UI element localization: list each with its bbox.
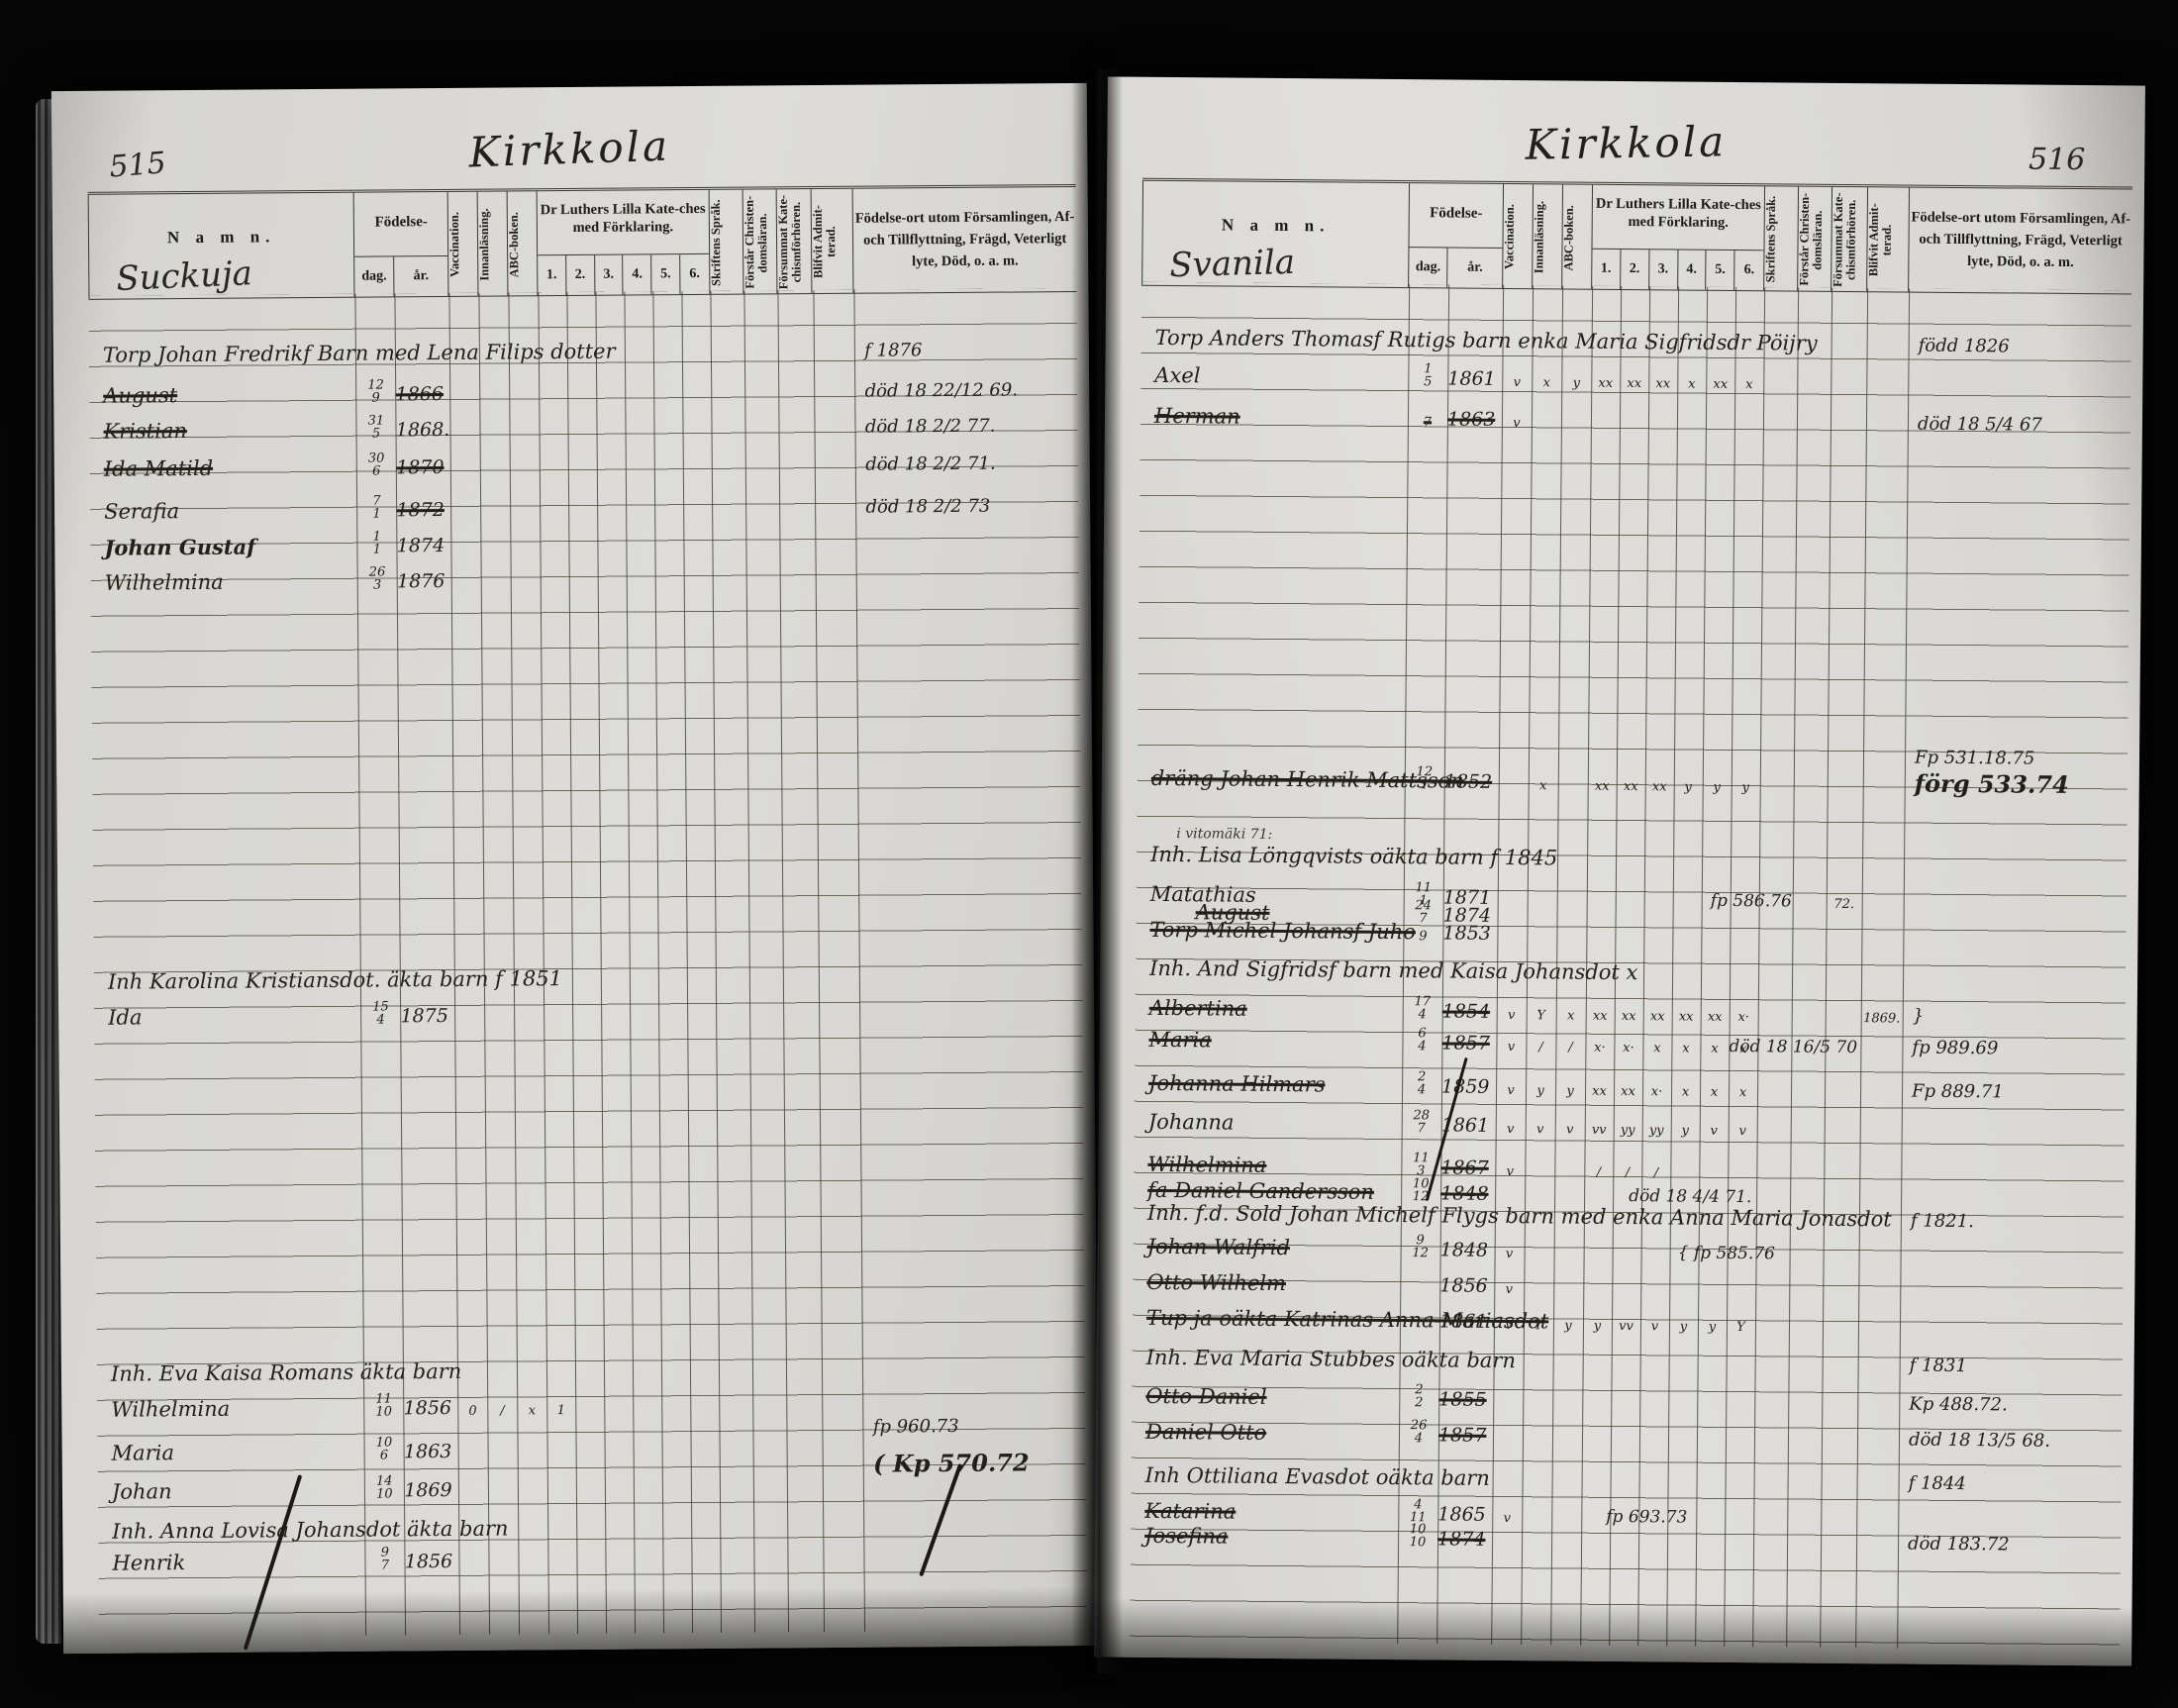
inline-note: fp 693.73 <box>1606 1507 1687 1528</box>
register-row: Johanna Hilmars241859vyyxxxxx·xxxFp 889.… <box>1135 1061 2125 1106</box>
inline-note: död 18 4/4 71. <box>1629 1186 1751 1207</box>
name-cell: Axel <box>1140 365 1408 391</box>
k2-cell <box>572 1025 601 1028</box>
sk-cell <box>1757 1099 1791 1102</box>
col-dag-label: dag. <box>1409 248 1448 287</box>
day-cell: 264 <box>1399 1419 1438 1448</box>
note-cell: Fp 889.71 <box>1902 1082 2125 1105</box>
name-cell: Johanna Hilmars <box>1135 1073 1402 1099</box>
note-cell: född 1826 <box>1909 338 2131 360</box>
day-part: 7 <box>381 1559 389 1571</box>
k5-cell <box>653 361 682 364</box>
k3-cell <box>597 476 626 479</box>
bl-cell <box>1858 1335 1900 1338</box>
k1-cell: vv <box>1585 1124 1614 1140</box>
sk-cell <box>1763 391 1797 394</box>
fo-cell <box>1794 795 1828 798</box>
col-kateches: Dr Luthers Lilla Kate-ches med Förklarin… <box>538 190 710 295</box>
table-body-right: Torp Anders Thomasf Rutigs barn enka Mar… <box>1130 282 2131 1651</box>
va-cell <box>459 1571 489 1574</box>
yr-cell: 1875 <box>400 1007 454 1029</box>
name-cell: Inh. Eva Kaisa Romans äkta barn <box>97 1362 364 1388</box>
yr-cell: 1861 <box>1447 369 1502 391</box>
va-cell <box>1497 944 1527 947</box>
day-cell: 24 <box>1402 1070 1441 1099</box>
col-kateches-numbers: 1. 2. 3. 4. 5. 6. <box>1592 249 1763 291</box>
col-abc-boken: ABC-boken. <box>1562 184 1593 288</box>
k3-cell <box>605 1499 634 1502</box>
in-cell: y <box>1526 1084 1555 1100</box>
k6-cell: v <box>1729 1125 1757 1141</box>
sk-cell <box>1755 1334 1789 1337</box>
fs-cell <box>777 360 813 363</box>
k1-cell <box>1582 1447 1611 1450</box>
in-cell <box>489 1570 519 1573</box>
col-forstar-christendomslaran: Förstår Christen-domsläran. <box>742 189 777 293</box>
va-cell <box>458 1500 488 1503</box>
k5-cell <box>662 1569 691 1572</box>
k5-cell: v <box>1700 1125 1729 1141</box>
note-cell: död 18 13/5 68. <box>1899 1431 2122 1454</box>
bl-cell <box>1863 795 1905 798</box>
k1-cell <box>1586 945 1615 948</box>
col-abc-boken: ABC-boken. <box>508 191 539 295</box>
k4-cell <box>1668 1447 1697 1450</box>
scanned-parish-register-photo: { "columns": { "namn": "N a m n.", "fode… <box>0 0 2178 1708</box>
k4-cell <box>626 475 654 478</box>
bl-cell <box>1860 1100 1902 1103</box>
name-cell: Ida Matild <box>90 457 357 483</box>
bl-cell <box>814 474 855 477</box>
fs-cell <box>1826 947 1861 950</box>
col-forsummat-katechismforhoren: Försummat Kate-chismförhören. <box>776 189 813 293</box>
k1-cell <box>540 439 568 442</box>
k2-cell: x· <box>1614 1042 1642 1057</box>
day-cell: 287 <box>1402 1109 1441 1138</box>
fo-cell <box>1789 1374 1823 1377</box>
in-cell <box>488 1499 518 1502</box>
fo-cell <box>1791 1100 1825 1103</box>
col-forstar-label: Förstår Christen-domsläran. <box>742 193 776 291</box>
yr-cell: 1857 <box>1438 1426 1493 1448</box>
col-forsummat-label: Försummat Kate-chismförhören. <box>776 193 812 291</box>
day-fraction: 11 <box>373 532 381 556</box>
fo-cell <box>744 360 778 363</box>
k4-cell <box>625 361 653 364</box>
k2-cell: vv <box>1612 1320 1640 1336</box>
day-cell: 1410 <box>364 1475 404 1504</box>
fs-cell <box>1821 1553 1856 1556</box>
bl-cell <box>819 1023 860 1026</box>
name-cell: Inh. Anna Lovisa Johansdot äkta barn <box>98 1520 365 1546</box>
in-cell <box>480 440 510 443</box>
register-row: Inh. Eva Maria Stubbes oäkta barnf 1831 <box>1133 1336 2123 1380</box>
kateches-5: 5. <box>1706 251 1734 290</box>
k6-cell <box>1730 984 1758 987</box>
col-fodelse: Födelse- dag. år. <box>354 192 449 297</box>
yr-cell: 1868. <box>396 421 450 443</box>
note-cell <box>1903 986 2126 991</box>
k6-cell <box>691 1498 720 1501</box>
k4-cell: y <box>1674 780 1703 796</box>
k3-cell <box>1648 431 1677 434</box>
in-cell: v <box>1526 1123 1555 1139</box>
k6-cell <box>1731 870 1759 873</box>
col-kateches-label: Dr Luthers Lilla Kate-ches med Förklarin… <box>1593 185 1764 233</box>
va-cell <box>450 440 480 443</box>
k4-cell <box>634 1569 662 1572</box>
page-title-right: Kirkkola <box>1107 110 2145 176</box>
name-cell: Ida <box>94 1006 361 1032</box>
k1-cell: y <box>1583 1320 1612 1336</box>
day-fraction: 97 <box>381 1548 389 1572</box>
note-cell: Kp 488.72. <box>1899 1395 2122 1418</box>
page-shadow <box>63 1586 1099 1654</box>
fs-cell <box>1822 1449 1857 1452</box>
k1-cell: xx <box>1588 780 1617 796</box>
name-cell: Albertina <box>1136 998 1403 1024</box>
ab-cell: y <box>1553 1319 1583 1335</box>
note-cell: f 1831 <box>1900 1356 2123 1379</box>
sk-cell <box>1753 1552 1787 1555</box>
k5-cell <box>1697 1448 1726 1451</box>
k5-cell: x <box>1700 1086 1729 1102</box>
day-cell: 912 <box>1401 1234 1440 1262</box>
fs-cell <box>1828 795 1863 798</box>
k1-cell <box>548 1570 577 1573</box>
fo-cell <box>1788 1449 1822 1452</box>
day-cell: 71 <box>356 495 396 524</box>
k6-cell <box>683 475 712 478</box>
col-skriftens-label: Skriftens Språk. <box>709 194 742 292</box>
day-fraction: 64 <box>1418 1029 1426 1054</box>
bl-cell <box>813 360 854 363</box>
ab-cell <box>1561 430 1591 433</box>
day-cell: 129 <box>356 379 396 408</box>
register-table-right: N a m n. Svanila Födelse- dag. år. Vacci… <box>1130 178 2132 1651</box>
col-abc-boken-label: ABC-boken. <box>508 195 538 293</box>
sk-cell <box>1758 984 1792 987</box>
k3-cell <box>605 1570 634 1573</box>
day-fraction: 22 <box>1415 1385 1423 1410</box>
k5-cell <box>658 1024 687 1027</box>
fo-cell <box>1789 1335 1823 1338</box>
k1-cell <box>547 1499 576 1502</box>
k5-cell <box>653 438 682 441</box>
name-cell: Wilhelmina <box>91 571 358 597</box>
name-cell: Johan <box>98 1480 365 1506</box>
in-cell <box>1523 1446 1552 1449</box>
ab-cell <box>510 476 540 479</box>
in-cell: x <box>1532 376 1561 392</box>
k4-cell <box>634 1498 662 1501</box>
fs-cell <box>1831 392 1866 395</box>
kateches-1: 1. <box>1592 250 1621 289</box>
k6-cell <box>691 1569 720 1572</box>
ab-cell <box>1553 1371 1583 1374</box>
sk-cell <box>1757 1138 1791 1141</box>
name-cell: Otto Wilhelm <box>1133 1272 1400 1298</box>
col-blifvit-admitterad: Blifvit Admit-terad. <box>1867 187 1910 291</box>
va-cell: v <box>1495 1248 1525 1263</box>
fo-cell <box>1787 1553 1821 1556</box>
note-cell: död 18 2/2 73 <box>855 497 1078 520</box>
k6-cell <box>682 438 711 441</box>
ab-cell <box>1551 1550 1581 1553</box>
in-cell <box>480 477 510 480</box>
k5-cell <box>1698 1373 1727 1376</box>
register-row: Axel151861vxyxxxxxxxxxx <box>1140 353 2130 398</box>
note-cell <box>863 1495 1086 1500</box>
register-row: Herman71863vdöd 18 5/4 67 <box>1140 394 2130 439</box>
col-skriftens-label: Skriftens Språk. <box>1764 190 1798 288</box>
va-cell: v <box>1496 1084 1526 1100</box>
day-part: 5 <box>372 428 380 440</box>
name-cell: Inh. f.d. Sold Johan Michelf Flygs barn … <box>1134 1203 1401 1229</box>
k4-cell <box>1677 431 1706 434</box>
name-cell: Tup ja oäkta Katrinas Anna-Mariasdot <box>1133 1308 1400 1334</box>
day-part: 6 <box>372 465 380 477</box>
k2-cell <box>569 590 598 593</box>
k1-cell <box>544 1025 572 1028</box>
col-forstar-christendomslaran: Förstår Christen-domsläran. <box>1798 187 1832 291</box>
k4-cell <box>1673 869 1702 872</box>
sk-cell <box>720 1498 753 1501</box>
k6-cell: Y <box>1727 1321 1755 1337</box>
yr-cell: 1869 <box>404 1481 458 1503</box>
k2-cell <box>1615 945 1643 948</box>
ab-cell <box>1557 868 1587 871</box>
va-cell: v <box>1496 1123 1526 1139</box>
bl-cell <box>1867 354 1909 357</box>
col-namn-label: N a m n. <box>89 227 354 249</box>
k2-cell <box>577 1570 606 1573</box>
fs-cell <box>1825 1139 1860 1142</box>
kateches-1: 1. <box>538 255 566 295</box>
col-ar-label: år. <box>1448 248 1503 287</box>
day-part: 4 <box>1418 1041 1426 1053</box>
day-part: 1 <box>373 544 381 555</box>
day-part: 3 <box>373 579 381 591</box>
day-part: 2 <box>1415 1397 1423 1409</box>
note-cell <box>860 1021 1083 1026</box>
k3-cell <box>1640 1372 1669 1375</box>
k2-cell <box>1620 431 1648 434</box>
va-cell: v <box>1502 417 1532 433</box>
k1-cell <box>1587 869 1616 872</box>
day-fraction: 264 <box>1411 1420 1428 1445</box>
ab-cell <box>510 439 540 442</box>
fo-cell <box>744 437 778 440</box>
k1-cell <box>540 476 568 479</box>
register-row: Johanna2871861vvvvvyyyyyvv <box>1135 1100 2125 1145</box>
va-cell: v <box>1502 376 1532 392</box>
kateches-3: 3. <box>595 255 624 295</box>
sk-cell <box>720 1569 753 1572</box>
day-cell: 97 <box>365 1547 405 1575</box>
village-name-right: Svanila <box>1169 243 1296 285</box>
col-blifvit-admitterad: Blifvit Admit-terad. <box>812 189 854 293</box>
bl-cell <box>814 437 855 440</box>
book-page-left: 515 Kirkkola N a m n. Suckuja Födelse- d… <box>51 83 1099 1654</box>
k2-cell <box>1610 1551 1638 1554</box>
fs-cell <box>787 1497 823 1500</box>
table-header-right: N a m n. Svanila Födelse- dag. år. Vacci… <box>1141 178 2132 295</box>
name-cell: Kristian <box>89 420 356 446</box>
k3-cell <box>1644 869 1673 872</box>
ab-cell <box>518 1499 547 1502</box>
col-namn: N a m n. Svanila <box>1141 181 1410 287</box>
fo-cell <box>744 474 778 477</box>
k5-cell <box>1696 1552 1725 1555</box>
register-row: Maria641857v//x·x·xxxxfp 989.69död 18 16… <box>1135 1018 2125 1062</box>
fo-cell <box>753 1568 787 1571</box>
k4-cell <box>625 438 653 441</box>
kateches-4: 4. <box>1678 250 1707 289</box>
fs-cell <box>1825 1100 1860 1103</box>
in-cell <box>484 1025 514 1028</box>
kateches-2: 2. <box>566 255 595 295</box>
ab-cell <box>1556 944 1586 947</box>
col-forsummat-katechismforhoren: Försummat Kate-chismförhören. <box>1831 187 1868 291</box>
in-cell: / <box>1526 1041 1555 1056</box>
day-fraction: 15 <box>1424 364 1432 389</box>
k2-cell <box>576 1499 605 1502</box>
name-cell: Maria <box>1135 1030 1402 1055</box>
k1-cell <box>541 590 569 593</box>
in-cell <box>1532 430 1561 433</box>
col-fodelse-sub: dag. år. <box>1409 247 1502 288</box>
ab-cell: v <box>1555 1123 1585 1139</box>
va-cell <box>450 477 480 480</box>
name-cell: Inh. Eva Maria Stubbes oäkta barn <box>1133 1348 1400 1373</box>
day-fraction: 1010 <box>1410 1524 1427 1549</box>
col-notes-label: Födelse-ort utom Församlingen, Af- och T… <box>853 187 1076 273</box>
village-name-left: Suckuja <box>115 253 252 299</box>
day-cell: 315 <box>356 415 396 444</box>
k1-cell: xx <box>1585 1085 1614 1101</box>
k4-cell <box>1667 1551 1696 1554</box>
bl-cell <box>1860 1139 1902 1142</box>
register-table-left: N a m n. Suckuja Födelse- dag. år. Vacci… <box>88 184 1087 1638</box>
fs-cell <box>778 437 814 440</box>
yr-cell: 1857 <box>1441 1034 1496 1055</box>
va-cell: v <box>1494 1283 1524 1299</box>
name-cell: Torp Anders Thomasf Rutigs barn enka Mar… <box>1141 328 1409 353</box>
day-fraction: 174 <box>1414 997 1431 1022</box>
col-innanlasning-label: Innanläsning. <box>478 196 508 294</box>
day-part: 4 <box>376 1014 384 1026</box>
day-fraction: 315 <box>368 416 385 441</box>
col-innanlasning: Innanläsning. <box>1533 184 1563 288</box>
k3-cell: x· <box>1642 1085 1671 1101</box>
kateches-3: 3. <box>1649 250 1678 289</box>
fs-cell <box>1826 985 1861 988</box>
k2-cell <box>1611 1447 1639 1450</box>
yr-cell: 1856 <box>405 1553 459 1574</box>
note-cell: död 18 2/2 77. <box>855 417 1078 440</box>
day-cell: 22 <box>1399 1383 1438 1412</box>
note-cell: förg 533.74 <box>1905 772 2128 801</box>
fs-cell <box>779 588 815 591</box>
fs-cell <box>1831 433 1866 436</box>
fs-cell <box>787 1568 823 1571</box>
ab-cell: / <box>1555 1041 1585 1056</box>
k4-cell: x <box>1677 377 1706 393</box>
day-part: 7 <box>1418 1123 1426 1135</box>
k6-cell <box>1726 1448 1754 1451</box>
sk-cell <box>1758 946 1792 949</box>
day-part: 5 <box>1424 376 1432 388</box>
col-blifvit-label: Blifvit Admit-terad. <box>1867 191 1909 289</box>
fs-cell <box>1831 354 1867 357</box>
bl-cell <box>1866 392 1908 395</box>
note-cell: död 18 2/2 71. <box>855 454 1078 477</box>
k2-cell <box>1616 869 1644 872</box>
k1-cell <box>1591 431 1620 434</box>
table-body-left: Torp Johan Fredrikf Barn med Lena Filips… <box>88 288 1087 1638</box>
day-part: 1 <box>372 508 380 520</box>
k5-cell <box>662 1498 691 1501</box>
day-part: 4 <box>1415 1433 1423 1445</box>
page-title-left: Kirkkola <box>51 107 1088 191</box>
k3-cell <box>1643 983 1672 986</box>
name-cell: Josefina <box>1131 1526 1398 1552</box>
day-cell: 64 <box>1402 1027 1441 1055</box>
name-cell: Daniel Otto <box>1132 1422 1399 1448</box>
ab-cell <box>519 1570 548 1573</box>
col-notes: Födelse-ort utom Församlingen, Af- och T… <box>853 187 1076 293</box>
name-cell: Torp Johan Fredrikf Barn med Lena Filips… <box>89 344 356 369</box>
k6-cell <box>1727 1373 1755 1376</box>
fs-cell <box>1823 1374 1858 1377</box>
col-fodelse-sub: dag. år. <box>355 255 448 297</box>
k4-cell: y <box>1671 1124 1700 1140</box>
day-fraction: 71 <box>372 496 380 521</box>
k3-cell: xx <box>1648 377 1677 393</box>
register-row: Torp Johan Fredrikf Barn med Lena Filips… <box>89 326 1077 369</box>
register-row: Johan14101869 <box>98 1462 1086 1506</box>
k3-cell: yy <box>1642 1124 1671 1140</box>
col-namn-label: N a m n. <box>1143 215 1409 237</box>
k3-cell <box>1638 1551 1667 1554</box>
note-cell: död 183.72 <box>1898 1535 2121 1557</box>
yr-cell: 1853 <box>1442 924 1497 946</box>
k3-cell <box>601 1025 630 1028</box>
sk-cell <box>716 1024 749 1027</box>
va-cell <box>1492 1550 1522 1553</box>
ab-cell <box>1552 1446 1582 1449</box>
col-vaccination: Vaccination. <box>448 192 479 296</box>
ab-cell <box>514 1025 544 1028</box>
name-cell: Inh. Lisa Löngqvists oäkta barn f 1845 <box>1137 845 1404 870</box>
day-fraction: 154 <box>372 1002 389 1027</box>
k6-cell: y <box>1732 781 1760 797</box>
register-row: Tup ja oäkta Katrinas Anna-Mariasdot1861… <box>1133 1296 2123 1341</box>
inline-note: död 18 16/5 70 <box>1729 1037 1857 1057</box>
k1-cell: xx <box>1591 377 1620 393</box>
note-cell: död 18 22/12 69. <box>855 381 1078 404</box>
va-cell <box>454 1026 484 1029</box>
k3-cell <box>1639 1447 1668 1450</box>
ab-cell: y <box>1561 376 1591 392</box>
note-cell <box>1904 872 2127 877</box>
k3-cell <box>597 439 626 442</box>
k3-cell: x <box>1642 1042 1671 1057</box>
note-cell <box>1903 948 2126 953</box>
name-cell: Maria <box>98 1442 365 1467</box>
day-fraction: 912 <box>1412 1235 1429 1259</box>
